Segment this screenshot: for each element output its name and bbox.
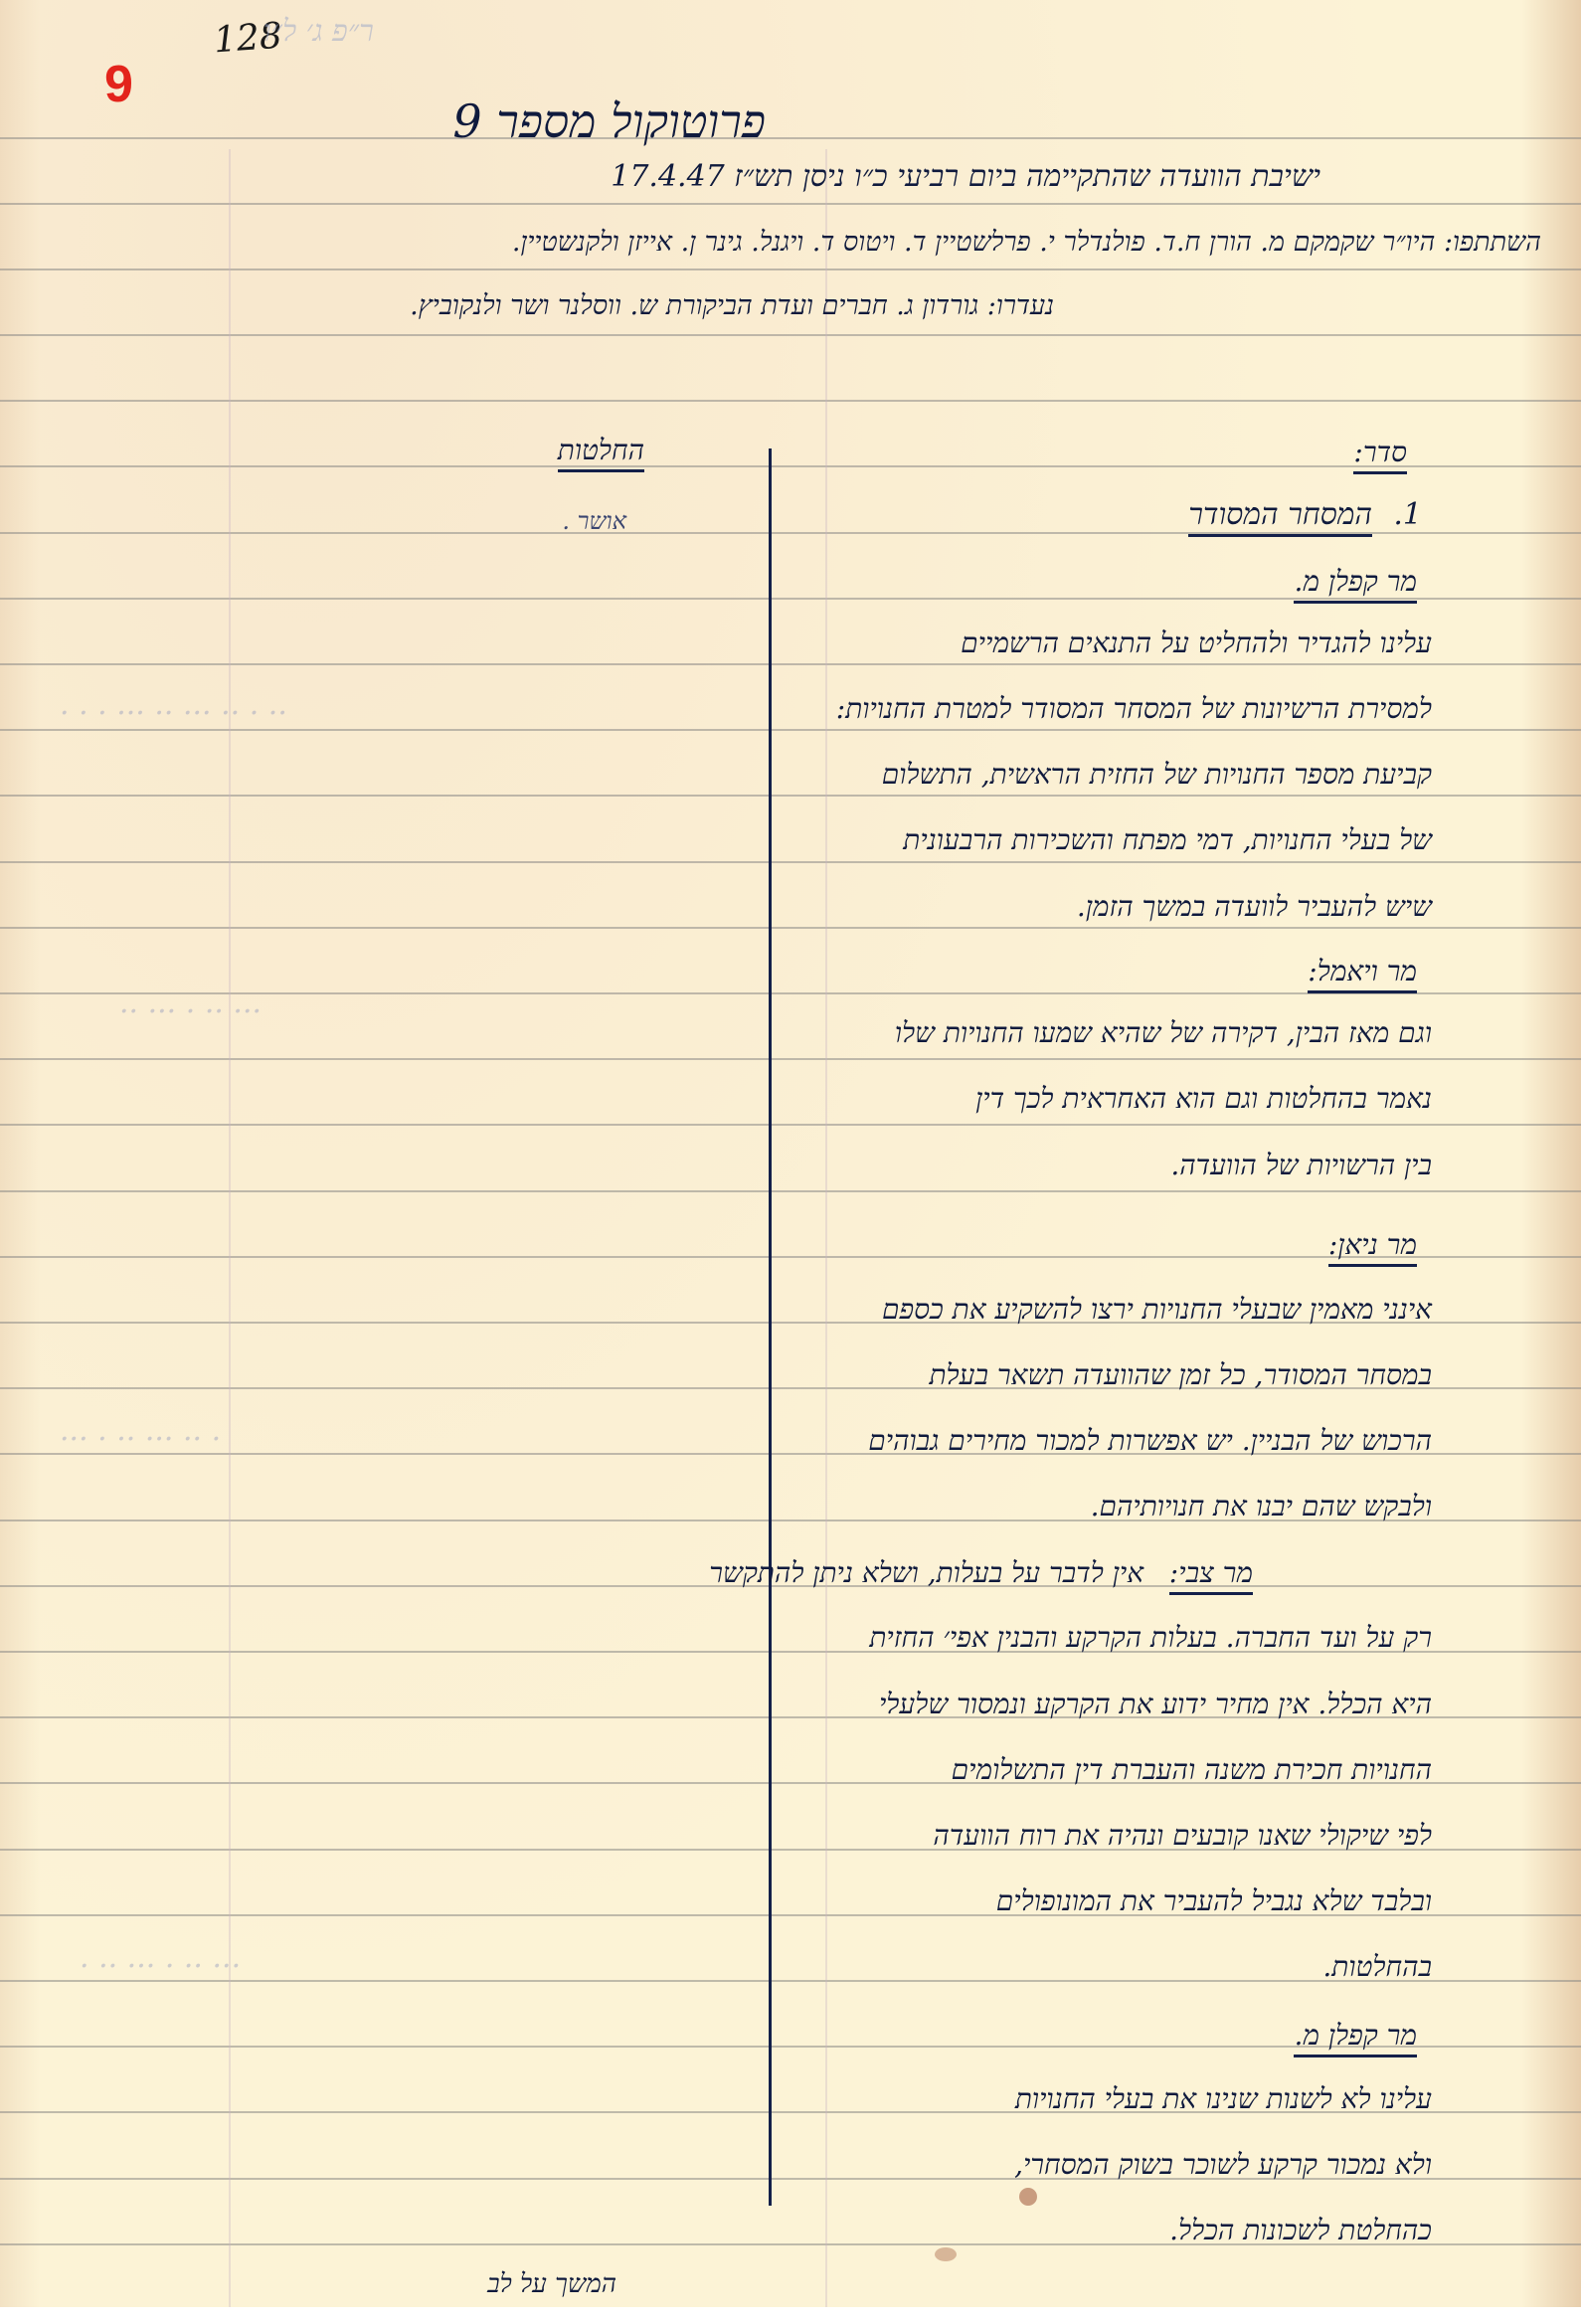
minutes-line: עלינו להגדיר ולהחליט על התנאים הרשמיים (961, 626, 1432, 660)
scanned-page: 9 128 ר״פ ג׳ ל״ו פרוטוקול מספר 9 ישיבת ה… (0, 0, 1581, 2307)
minutes-line: רק על ועד החברה. בעלות הקרקע והבנין אפי׳… (869, 1621, 1432, 1655)
minutes-line: ולבקש שהם יבנו את חנויותיהם. (1091, 1490, 1432, 1523)
ruled-line (0, 1190, 1581, 1192)
minutes-line: של בעלי החנויות, דמי מפתח והשכירות הרבעו… (903, 823, 1432, 857)
minutes-line: וגם מאז הבין, דקירה של שהיא שמעו החנויות… (895, 1016, 1432, 1050)
document-title: פרוטוקול מספר 9 (452, 94, 766, 148)
minutes-line: ולא נמכור קרקע לשוכר בשוק המסחרי, (1014, 2148, 1432, 2182)
ruled-line (0, 268, 1581, 270)
scan-border (0, 2307, 1581, 2324)
minutes-line: קביעת מספר החנויות של החזית הראשית, התשל… (882, 758, 1432, 792)
minutes-line: במסחר המסודר, כל זמן שהוועדה תשאר בעלת (929, 1358, 1432, 1392)
bleed-through-text: ··· · ·· ··· ·· · (60, 1422, 221, 1457)
faint-pencil-note: ר״פ ג׳ ל״ו (263, 14, 374, 49)
minutes-line: בין הרשויות של הוועדה. (1170, 1149, 1432, 1182)
minutes-line: החנויות חכירת משנה והעברת דין התשלומים (952, 1753, 1432, 1787)
speaker-name: מר קפלן מ. (1294, 2019, 1417, 2057)
agenda-item-number: 1. (1393, 497, 1422, 532)
ruled-line (0, 334, 1581, 336)
ruled-line (0, 465, 1581, 467)
attendees-line: השתתפו: היו״ר שקמקם מ. הורן ח.ד. פולנדלר… (512, 227, 1541, 258)
ruled-line (0, 663, 1581, 665)
decision-entry: אושר . (562, 507, 626, 536)
minutes-line: נאמר בהחלטות וגם הוא האחראית לכך דין (975, 1082, 1432, 1116)
minutes-line: ובלבד שלא נגביל להעביר את המונופולים (996, 1884, 1432, 1918)
speaker-name: מר ניאן: (1328, 1228, 1417, 1267)
column-divider (769, 448, 772, 2206)
ruled-line (0, 927, 1581, 929)
bleed-through-text: · ·· ··· · ·· ··· (80, 1949, 241, 1984)
ruled-line (0, 861, 1581, 863)
minutes-line: אינני מאמין שבעלי החנויות ירצו להשקיע את… (882, 1293, 1432, 1327)
ruled-line (0, 1058, 1581, 1060)
archive-page-marker: 9 (104, 55, 133, 114)
ruled-line (0, 137, 1581, 139)
minutes-line: היא הכלל. אין מחיר ידוע את הקרקע ונמסור … (879, 1688, 1432, 1721)
minutes-line: שיש להעביר לוועדה במשך הזמן. (1077, 890, 1432, 924)
ruled-line (0, 203, 1581, 205)
ruled-line (0, 795, 1581, 797)
continuation-note: המשך על לב (487, 2269, 616, 2299)
minutes-line: עלינו לא לשנות שנינו את בעלי החנויות (1015, 2082, 1432, 2116)
margin-line (825, 149, 827, 2307)
minutes-line: למסירת הרשיונות של המסחר המסודר למטרת הח… (836, 692, 1432, 726)
absentees-line: נעדרו: גורדון ג. חברים ועדת הביקורת ש. ו… (410, 290, 1054, 321)
speaker-name: מר קפלן מ. (1294, 565, 1417, 604)
decisions-column-header: החלטות (558, 434, 644, 472)
ruled-line (0, 1124, 1581, 1126)
agenda-item-title: המסחר המסודר (1188, 497, 1372, 537)
bleed-through-text: ·· ··· · ·· ··· (119, 994, 262, 1029)
minutes-line: בהחלטות. (1322, 1950, 1432, 1984)
agenda-column-header: סדר: (1353, 436, 1407, 474)
minutes-line: לפי שיקולי שאנו קובעים ונהיה את רוח הווע… (933, 1819, 1432, 1853)
minutes-line: כהחלטת לשכונות הכלל. (1169, 2214, 1432, 2247)
minutes-line: הרכוש של הבניין. יש אפשרות למכור מחירים … (868, 1424, 1432, 1458)
speaker-name: מר ויאמל: (1308, 955, 1417, 993)
ruled-line (0, 400, 1581, 402)
speaker-name: מר צבי: (1169, 1556, 1253, 1595)
bleed-through-text: · · · ··· ·· ··· ·· · ·· (60, 696, 287, 731)
ink-stain (1019, 2188, 1037, 2206)
session-line: ישיבת הוועדה שהתקיימה ביום רביעי כ״ו ניס… (611, 159, 1320, 194)
minutes-line: אין לדבר על בעלות, ושלא ניתן להתקשר (709, 1556, 1143, 1590)
ink-stain (935, 2247, 957, 2261)
